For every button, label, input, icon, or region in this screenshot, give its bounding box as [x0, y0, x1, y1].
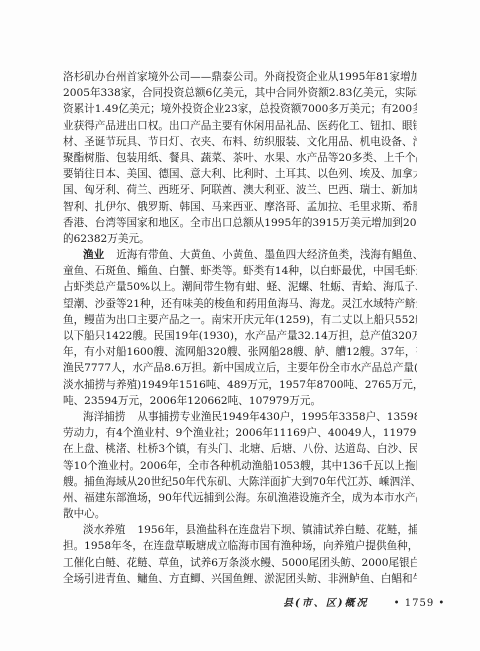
text-line: 香港、台湾等国家和地区。全市出口总额从1995年的3915万美元增加到2005年: [63, 215, 417, 231]
section-heading-freshwater-aquaculture: 淡水养殖: [83, 524, 125, 536]
text-line: 年，有小对船1600艘、流网船320艘、张网船28艘、舻、艚12艘。37年，有渔…: [63, 344, 417, 360]
section-heading-fishery: 渔业: [83, 249, 104, 261]
text-line: 2005年338家，合同投资总额6亿美元，其中合同外资额2.83亿美元，实际利用…: [63, 85, 417, 101]
text-line: 望潮、沙蚕等21种，还有味美的梭鱼和药用鱼海马、海龙。灵江水域特产鲚鱼、香: [63, 296, 417, 312]
text-line: 渔业近海有带鱼、大黄鱼、小黄鱼、墨鱼四大经济鱼类，浅海有鲳鱼、鳓鱼、梅: [63, 247, 417, 263]
text-line-content: 近海有带鱼、大黄鱼、小黄鱼、墨鱼四大经济鱼类，浅海有鲳鱼、鳓鱼、梅: [116, 249, 417, 261]
text-line: 劳动力，有4个渔业村、9个渔业社；2006年11169户、40049人，1197…: [63, 425, 417, 441]
text-line: 鱼，鳗苗为出口主要产品之一。南宋开庆元年(1259)，有二丈以上船只552艘、一…: [63, 312, 417, 328]
text-line: 渔民7777人，水产品8.6万担。新中国成立后，主要年份全市水产品总产量(包括海: [63, 360, 417, 376]
running-footer-section: 县(市、区)概况: [283, 598, 368, 609]
paragraph-freshwater-aquaculture: 淡水养殖1956年，县渔盐科在连盘岩下坝、镇浦试养白鲢、花鲢，捕鱼102 担。1…: [63, 522, 417, 587]
text-line: 资累计1.49亿美元；境外投资企业23家，总投资额7000多万美元；有200多家…: [63, 101, 417, 117]
text-line-content: 1956年，县渔盐科在连盘岩下坝、镇浦试养白鲢、花鲢，捕鱼102: [137, 524, 417, 536]
text-line: 散中心。: [63, 506, 417, 522]
text-line: 淡水养殖1956年，县渔盐科在连盘岩下坝、镇浦试养白鲢、花鲢，捕鱼102: [63, 522, 417, 538]
text-line: 洛杉矶办台州首家境外公司——鼎泰公司。外商投资企业从1995年81家增加到: [63, 69, 417, 85]
text-line-content: 从事捕捞专业渔民1949年430户，1995年3358户、13598人，7653…: [137, 411, 417, 423]
page-footer: 县(市、区)概况 • 1759 •: [283, 594, 445, 609]
text-line: 占虾类总产量50%以上。潮间带生物有蚶、蛏、泥螺、牡蛎、青蛤、海瓜子、弹涂鱼、: [63, 279, 417, 295]
text-line: 的62382万美元。: [63, 231, 417, 247]
text-line: 要销往日本、美国、德国、意大利、比利时、土耳其、以色列、埃及、加拿大、法国、英: [63, 166, 417, 182]
text-line: 以下船只1422艘。民国19年(1930)，水产品产量32.14万担，总产值32…: [63, 328, 417, 344]
text-line: 担。1958年冬，在连盘草畈塘成立临海市国有渔种场，向养殖户提供鱼种，此后人: [63, 538, 417, 554]
text-line: 工催化白鲢、花鲢、草鱼，试养6万条淡水鳗、5000尾团头鲂、2000尾银白鲫、鳖…: [63, 555, 417, 571]
text-line: 国、匈牙利、荷兰、西班牙、阿联酋、澳大利亚、波兰、巴西、瑞士、新加坡、奥地利、: [63, 182, 417, 198]
text-line: 等10个渔业村。2006年，全市各种机动渔船1053艘，其中136千瓦以上拖网渔…: [63, 458, 417, 474]
text-line: 吨、23594万元，2006年120662吨、107979万元。: [63, 393, 417, 409]
document-body: 洛杉矶办台州首家境外公司——鼎泰公司。外商投资企业从1995年81家增加到 20…: [63, 69, 417, 587]
text-line: 州、福建东部渔场，90年代远捕到公海。东矶渔港设施齐全，成为本市水产品的集: [63, 490, 417, 506]
section-heading-marine-fishing: 海洋捕捞: [83, 411, 125, 423]
text-line: 材、圣诞节玩具、节日灯、衣夹、布料、纺织服装、文化用品、机电设备、汽车、船舶、: [63, 134, 417, 150]
text-line: 业获得产品进出口权。出口产品主要有休闲用品礼品、医药化工、钮扣、眼镜、建: [63, 118, 417, 134]
text-line: 童鱼、石斑鱼、鲻鱼、白蟹、虾类等。虾类有14种，以白虾最优，中国毛虾最多、产量: [63, 263, 417, 279]
text-line: 艘。捕鱼海域从20世纪50年代东矶、大陈洋面扩大到70年代江苏、嵊泗洋、山东济: [63, 474, 417, 490]
text-line: 聚酯树脂、包装用纸、餐具、蔬菜、茶叶、水果、水产品等20多类、上千个品种，主: [63, 150, 417, 166]
text-line: 全场引进青鱼、鳙鱼、方直鲫、兴国鱼鲤、淤泥团头鲂、非洲鲈鱼、白鲳和牛蛙；常年: [63, 571, 417, 587]
text-line: 淡水捕捞与养殖)1949年1516吨、489万元，1957年8700吨、2765…: [63, 377, 417, 393]
page-number: • 1759 •: [394, 598, 446, 609]
paragraph-marine-fishing: 海洋捕捞从事捕捞专业渔民1949年430户，1995年3358户、13598人，…: [63, 409, 417, 522]
paragraph-foreign-trade: 洛杉矶办台州首家境外公司——鼎泰公司。外商投资企业从1995年81家增加到 20…: [63, 69, 417, 247]
text-line: 智利、扎伊尔、俄罗斯、韩国、马来西亚、摩洛哥、孟加拉、毛里求斯、希腊、芬兰和: [63, 199, 417, 215]
text-line: 海洋捕捞从事捕捞专业渔民1949年430户，1995年3358户、13598人，…: [63, 409, 417, 425]
text-line: 在上盘、桃渚、杜桥3个镇，有头门、北塘、后塘、八份、达道岛、白沙、民主、草坦、炮…: [63, 441, 417, 457]
paragraph-fishery: 渔业近海有带鱼、大黄鱼、小黄鱼、墨鱼四大经济鱼类，浅海有鲳鱼、鳓鱼、梅 童鱼、石…: [63, 247, 417, 409]
